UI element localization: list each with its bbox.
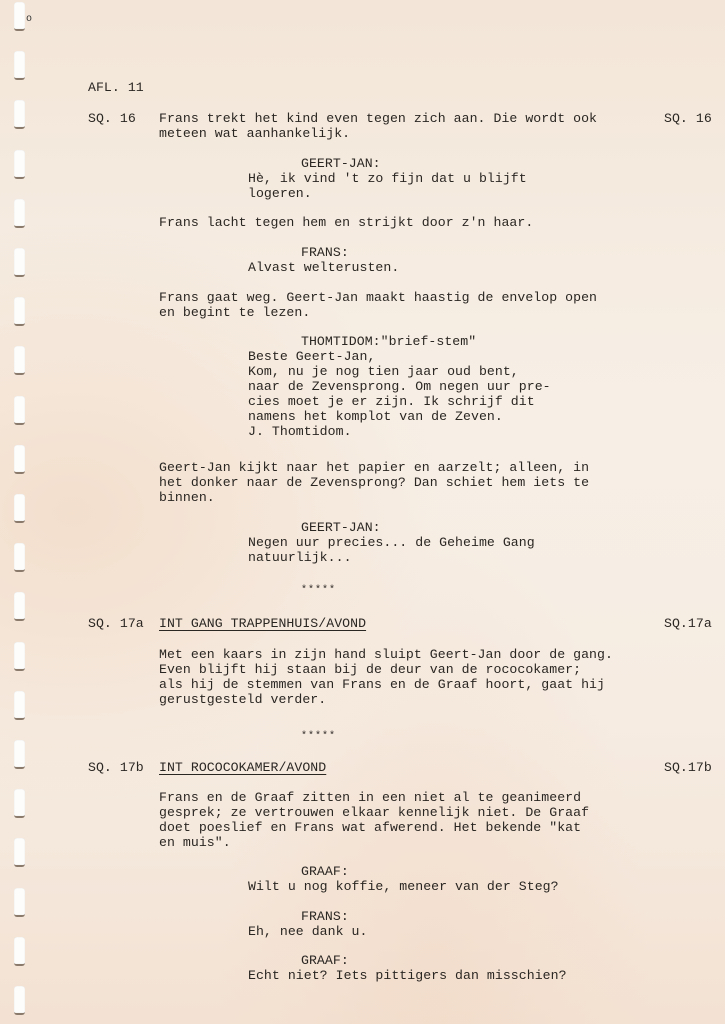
- binder-hole: [14, 346, 25, 375]
- character-name: GRAAF:: [301, 864, 349, 879]
- binder-hole: [14, 691, 25, 720]
- action-line: en begint te lezen.: [159, 305, 310, 320]
- sequence-number-right: SQ.17a: [664, 616, 712, 631]
- dialogue-line: Negen uur precies... de Geheime Gang: [248, 535, 535, 550]
- binder-hole: [14, 592, 25, 621]
- page-mark: o: [26, 14, 32, 25]
- action-line: Frans gaat weg. Geert-Jan maakt haastig …: [159, 290, 597, 305]
- dialogue-line: Hè, ik vind 't zo fijn dat u blijft: [248, 171, 527, 186]
- action-line: Geert-Jan kijkt naar het papier en aarze…: [159, 460, 589, 475]
- dialogue-line: cies moet je er zijn. Ik schrijf dit: [248, 394, 535, 409]
- action-line: en muis".: [159, 835, 231, 850]
- action-line: doet poeslief en Frans wat afwerend. Het…: [159, 820, 581, 835]
- binder-hole: [14, 248, 25, 277]
- binder-hole: [14, 100, 25, 129]
- action-line: gerustgesteld verder.: [159, 692, 326, 707]
- dialogue-line: Alvast welterusten.: [248, 260, 399, 275]
- action-line: als hij de stemmen van Frans en de Graaf…: [159, 677, 605, 692]
- binder-hole: [14, 445, 25, 474]
- binder-hole: [14, 150, 25, 179]
- character-name: GEERT-JAN:: [301, 520, 381, 535]
- binder-hole: [14, 986, 25, 1015]
- action-line: Frans trekt het kind even tegen zich aan…: [159, 111, 597, 126]
- dialogue-line: Kom, nu je nog tien jaar oud bent,: [248, 364, 519, 379]
- dialogue-line: Eh, nee dank u.: [248, 924, 367, 939]
- binder-hole: [14, 642, 25, 671]
- dialogue-line: J. Thomtidom.: [248, 424, 352, 439]
- dialogue-line: logeren.: [248, 186, 312, 201]
- action-line: gesprek; ze vertrouwen elkaar kennelijk …: [159, 805, 589, 820]
- sequence-number-left: SQ. 17b: [88, 760, 144, 775]
- binder-hole: [14, 396, 25, 425]
- scene-heading: INT GANG TRAPPENHUIS/AVOND: [159, 616, 366, 631]
- character-name: GRAAF:: [301, 953, 349, 968]
- action-line: Met een kaars in zijn hand sluipt Geert-…: [159, 647, 613, 662]
- binder-hole: [14, 838, 25, 867]
- sequence-number-right: SQ. 16: [664, 111, 712, 126]
- binder-hole: [14, 789, 25, 818]
- binder-hole: [14, 937, 25, 966]
- scene-heading: INT ROCOCOKAMER/AVOND: [159, 760, 326, 775]
- binder-hole: [14, 51, 25, 80]
- binder-hole: [14, 494, 25, 523]
- dialogue-line: natuurlijk...: [248, 550, 352, 565]
- character-name: FRANS:: [301, 245, 349, 260]
- episode-label: AFL. 11: [88, 80, 144, 95]
- sequence-number-right: SQ.17b: [664, 760, 712, 775]
- binder-hole: [14, 888, 25, 917]
- binder-hole: [14, 543, 25, 572]
- character-name: GEERT-JAN:: [301, 156, 381, 171]
- dialogue-line: naar de Zevensprong. Om negen uur pre-: [248, 379, 551, 394]
- binder-hole: [14, 2, 25, 31]
- dialogue-line: Beste Geert-Jan,: [248, 349, 375, 364]
- character-name: THOMTIDOM:"brief-stem": [301, 334, 476, 349]
- dialogue-line: namens het komplot van de Zeven.: [248, 409, 503, 424]
- scene-separator: *****: [301, 583, 336, 598]
- binder-holes: [14, 0, 28, 1024]
- sequence-number-left: SQ. 17a: [88, 616, 144, 631]
- dialogue-line: Echt niet? Iets pittigers dan misschien?: [248, 968, 567, 983]
- binder-hole: [14, 199, 25, 228]
- action-line: binnen.: [159, 490, 215, 505]
- action-line: Frans en de Graaf zitten in een niet al …: [159, 790, 581, 805]
- action-line: Even blijft hij staan bij de deur van de…: [159, 662, 581, 677]
- action-line: Frans lacht tegen hem en strijkt door z'…: [159, 215, 533, 230]
- action-line: het donker naar de Zevensprong? Dan schi…: [159, 475, 589, 490]
- scene-separator: *****: [301, 729, 336, 744]
- sequence-number-left: SQ. 16: [88, 111, 136, 126]
- action-line: meteen wat aanhankelijk.: [159, 126, 350, 141]
- character-name: FRANS:: [301, 909, 349, 924]
- dialogue-line: Wilt u nog koffie, meneer van der Steg?: [248, 879, 559, 894]
- binder-hole: [14, 740, 25, 769]
- binder-hole: [14, 297, 25, 326]
